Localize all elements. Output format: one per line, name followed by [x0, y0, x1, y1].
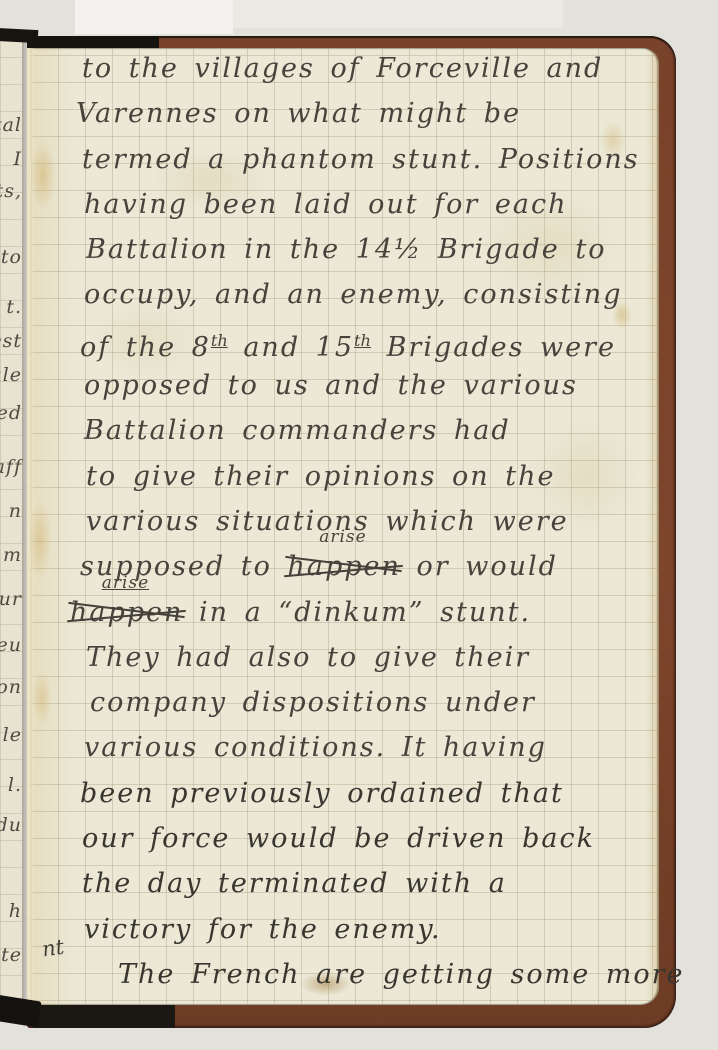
handwriting-line: Varennes on what might be	[70, 91, 662, 136]
inserted-word: arise	[319, 529, 366, 546]
page-fragment: ule	[0, 364, 22, 386]
margin-mark: nt	[40, 935, 65, 962]
handwriting-line: company dispositions under	[70, 680, 662, 725]
inserted-word: arise	[102, 575, 149, 592]
handwriting-line: to give their opinions on the	[70, 454, 662, 499]
page-fragment: hur	[0, 588, 22, 610]
page-fragment: est	[0, 330, 22, 352]
handwriting-layer: to the villages of Forceville and Varenn…	[70, 46, 662, 997]
page-fragment: erts,	[0, 180, 22, 202]
handwriting-line: supposed to happenarise or would	[70, 544, 662, 589]
ordinal-suffix: th	[211, 331, 228, 350]
page-fragment: taff	[0, 456, 22, 478]
background-paper-patch	[233, 0, 563, 28]
handwriting-line: the day terminated with a	[70, 861, 662, 906]
handwriting-line: Battalion commanders had	[70, 408, 662, 453]
page-fragment: h	[9, 900, 22, 922]
previous-page-edge: tal I erts, to t. est ule ed taff n m hu…	[0, 30, 23, 1005]
handwriting-line: opposed to us and the various	[70, 363, 662, 408]
handwriting-line: termed a phantom stunt. Positions	[70, 137, 662, 182]
page-left-aging	[27, 48, 75, 1005]
background-paper-patch	[75, 0, 233, 34]
binding-smudge-top	[0, 28, 38, 43]
page-fragment: to	[1, 246, 22, 268]
page-fragment: eu	[0, 634, 22, 656]
page-fragment: m	[3, 544, 22, 566]
handwriting-line: They had also to give their	[70, 635, 662, 680]
page-fragment: t.	[6, 296, 22, 318]
ordinal-suffix: th	[354, 331, 371, 350]
handwriting-line: The French are getting some more	[70, 952, 662, 997]
page-fragment: l.	[8, 774, 22, 796]
handwriting-line: victory for the enemy.	[70, 907, 662, 952]
handwriting-line: happenarise in a “dinkum” stunt.	[70, 590, 662, 635]
page-fragment: tal	[0, 114, 22, 136]
struck-word: happen	[287, 544, 400, 589]
page-fragment: le	[3, 724, 22, 746]
struck-word: happen	[70, 590, 183, 635]
handwriting-line: our force would be driven back	[70, 816, 662, 861]
handwriting-line: Battalion in the 14½ Brigade to	[70, 227, 662, 272]
cover-cloth-corner-bottom	[33, 1005, 175, 1028]
page-fragment: I	[13, 148, 22, 170]
handwriting-line: having been laid out for each	[70, 182, 662, 227]
page-fragment: du	[0, 814, 22, 836]
page-fragment: ute	[0, 944, 22, 966]
page-fragment: ed	[0, 402, 22, 424]
page-fragment: tion	[0, 676, 22, 698]
handwriting-line: various conditions. It having	[70, 725, 662, 770]
page-fragment: n	[9, 500, 22, 522]
scanned-notebook-photo: tal I erts, to t. est ule ed taff n m hu…	[0, 0, 718, 1050]
handwriting-line: been previously ordained that	[70, 771, 662, 816]
handwriting-line: occupy, and an enemy, consisting	[70, 272, 662, 317]
handwriting-line: to the villages of Forceville and	[70, 46, 662, 91]
handwriting-line: of the 8th and 15th Brigades were	[70, 318, 662, 363]
